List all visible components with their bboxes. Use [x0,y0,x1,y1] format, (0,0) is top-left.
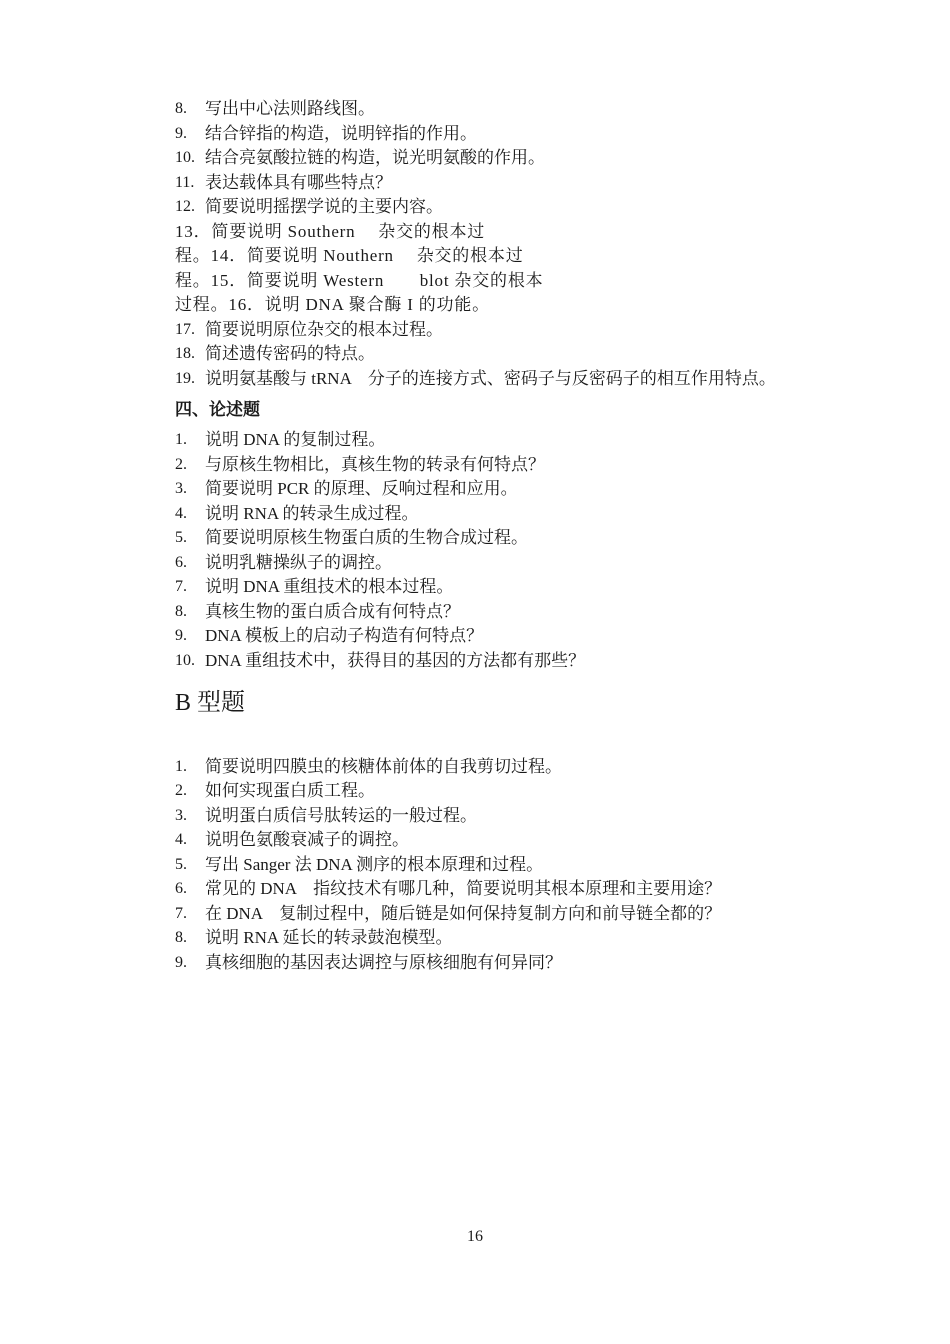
essay-question-list: 1. 说明 DNA 的复制过程。 2. 与原核生物相比，真核生物的转录有何特点？… [175,428,790,673]
type-b-question-list: 1. 简要说明四膜虫的核糖体前体的自我剪切过程。 2. 如何实现蛋白质工程。 3… [175,755,790,976]
question-item: 12. 简要说明摇摆学说的主要内容。 [175,195,790,220]
question-item: 5. 写出 Sanger 法 DNA 测序的根本原理和过程。 [175,853,790,878]
question-number: 8. [175,600,197,625]
question-number: 4. [175,828,197,853]
question-text: 简述遗传密码的特点。 [205,342,790,367]
question-number: 6. [175,551,197,576]
wrapped-question-lines: 13．简要说明 Southern 杂交的根本过 程。14．简要说明 Nouthe… [175,220,790,318]
question-number: 3. [175,477,197,502]
question-number: 9. [175,122,197,147]
question-number: 1. [175,428,197,453]
question-text: DNA 重组技术中，获得目的基因的方法都有那些？ [205,649,790,674]
question-text: 说明 DNA 的复制过程。 [205,428,790,453]
question-number: 19. [175,367,197,392]
question-item: 18. 简述遗传密码的特点。 [175,342,790,367]
short-answer-list-b: 17. 简要说明原位杂交的根本过程。 18. 简述遗传密码的特点。 19. 说明… [175,318,790,392]
question-text: 说明氨基酸与 tRNA 分子的连接方式、密码子与反密码子的相互作用特点。 [205,367,790,392]
question-text: 说明蛋白质信号肽转运的一般过程。 [205,804,790,829]
question-item: 9. 真核细胞的基因表达调控与原核细胞有何异同？ [175,951,790,976]
question-number: 10. [175,649,197,674]
question-number: 11. [175,171,197,196]
question-text: 简要说明 PCR 的原理、反响过程和应用。 [205,477,790,502]
short-answer-list-a: 8. 写出中心法则路线图。 9. 结合锌指的构造，说明锌指的作用。 10. 结合… [175,97,790,220]
question-text: 简要说明原核生物蛋白质的生物合成过程。 [205,526,790,551]
question-text: 说明乳糖操纵子的调控。 [205,551,790,576]
question-text: 结合亮氨酸拉链的构造，说光明氨酸的作用。 [205,146,790,171]
question-number: 8. [175,926,197,951]
question-text: 常见的 DNA 指纹技术有哪几种，简要说明其根本原理和主要用途？ [205,877,790,902]
question-item: 6. 常见的 DNA 指纹技术有哪几种，简要说明其根本原理和主要用途？ [175,877,790,902]
question-item: 19. 说明氨基酸与 tRNA 分子的连接方式、密码子与反密码子的相互作用特点。 [175,367,790,392]
question-text: 如何实现蛋白质工程。 [205,779,790,804]
question-number: 9. [175,951,197,976]
question-number: 4. [175,502,197,527]
question-text: 简要说明四膜虫的核糖体前体的自我剪切过程。 [205,755,790,780]
question-text: 真核细胞的基因表达调控与原核细胞有何异同？ [205,951,790,976]
question-text: 真核生物的蛋白质合成有何特点？ [205,600,790,625]
question-item: 8. 真核生物的蛋白质合成有何特点？ [175,600,790,625]
wrapped-line: 13．简要说明 Southern 杂交的根本过 [175,220,790,245]
question-item: 3. 简要说明 PCR 的原理、反响过程和应用。 [175,477,790,502]
question-item: 11. 表达载体具有哪些特点？ [175,171,790,196]
question-item: 8. 说明 RNA 延长的转录鼓泡模型。 [175,926,790,951]
wrapped-line: 程。14．简要说明 Nouthern 杂交的根本过 [175,244,790,269]
question-item: 8. 写出中心法则路线图。 [175,97,790,122]
question-text: DNA 模板上的启动子构造有何特点？ [205,624,790,649]
question-number: 8. [175,97,197,122]
document-page: 8. 写出中心法则路线图。 9. 结合锌指的构造，说明锌指的作用。 10. 结合… [0,0,950,1344]
question-number: 5. [175,853,197,878]
question-number: 3. [175,804,197,829]
question-text: 说明色氨酸衰减子的调控。 [205,828,790,853]
question-number: 17. [175,318,197,343]
question-number: 1. [175,755,197,780]
question-item: 3. 说明蛋白质信号肽转运的一般过程。 [175,804,790,829]
question-number: 9. [175,624,197,649]
question-item: 17. 简要说明原位杂交的根本过程。 [175,318,790,343]
question-number: 18. [175,342,197,367]
question-text: 写出 Sanger 法 DNA 测序的根本原理和过程。 [205,853,790,878]
question-item: 5. 简要说明原核生物蛋白质的生物合成过程。 [175,526,790,551]
question-item: 1. 说明 DNA 的复制过程。 [175,428,790,453]
question-item: 2. 与原核生物相比，真核生物的转录有何特点？ [175,453,790,478]
question-item: 10. DNA 重组技术中，获得目的基因的方法都有那些？ [175,649,790,674]
wrapped-line: 过程。16．说明 DNA 聚合酶 I 的功能。 [175,293,790,318]
question-item: 7. 说明 DNA 重组技术的根本过程。 [175,575,790,600]
question-text: 说明 RNA 延长的转录鼓泡模型。 [205,926,790,951]
question-item: 4. 说明 RNA 的转录生成过程。 [175,502,790,527]
question-item: 1. 简要说明四膜虫的核糖体前体的自我剪切过程。 [175,755,790,780]
question-item: 2. 如何实现蛋白质工程。 [175,779,790,804]
question-number: 7. [175,575,197,600]
question-item: 7. 在 DNA 复制过程中，随后链是如何保持复制方向和前导链全都的？ [175,902,790,927]
question-text: 与原核生物相比，真核生物的转录有何特点？ [205,453,790,478]
question-text: 说明 RNA 的转录生成过程。 [205,502,790,527]
question-item: 4. 说明色氨酸衰减子的调控。 [175,828,790,853]
page-content: 8. 写出中心法则路线图。 9. 结合锌指的构造，说明锌指的作用。 10. 结合… [175,97,790,976]
question-number: 6. [175,877,197,902]
question-text: 表达载体具有哪些特点？ [205,171,790,196]
question-number: 7. [175,902,197,927]
question-number: 2. [175,453,197,478]
section-heading-essay: 四、论述题 [175,398,790,423]
question-number: 12. [175,195,197,220]
question-text: 简要说明原位杂交的根本过程。 [205,318,790,343]
question-item: 6. 说明乳糖操纵子的调控。 [175,551,790,576]
question-text: 结合锌指的构造，说明锌指的作用。 [205,122,790,147]
question-text: 简要说明摇摆学说的主要内容。 [205,195,790,220]
wrapped-line: 程。15．简要说明 Western blot 杂交的根本 [175,269,790,294]
question-item: 10. 结合亮氨酸拉链的构造，说光明氨酸的作用。 [175,146,790,171]
question-text: 写出中心法则路线图。 [205,97,790,122]
section-heading-type-b: B 型题 [175,688,790,718]
question-text: 说明 DNA 重组技术的根本过程。 [205,575,790,600]
question-number: 2. [175,779,197,804]
question-text: 在 DNA 复制过程中，随后链是如何保持复制方向和前导链全都的？ [205,902,790,927]
question-number: 10. [175,146,197,171]
question-item: 9. DNA 模板上的启动子构造有何特点？ [175,624,790,649]
question-number: 5. [175,526,197,551]
page-number: 16 [0,1228,950,1246]
question-item: 9. 结合锌指的构造，说明锌指的作用。 [175,122,790,147]
